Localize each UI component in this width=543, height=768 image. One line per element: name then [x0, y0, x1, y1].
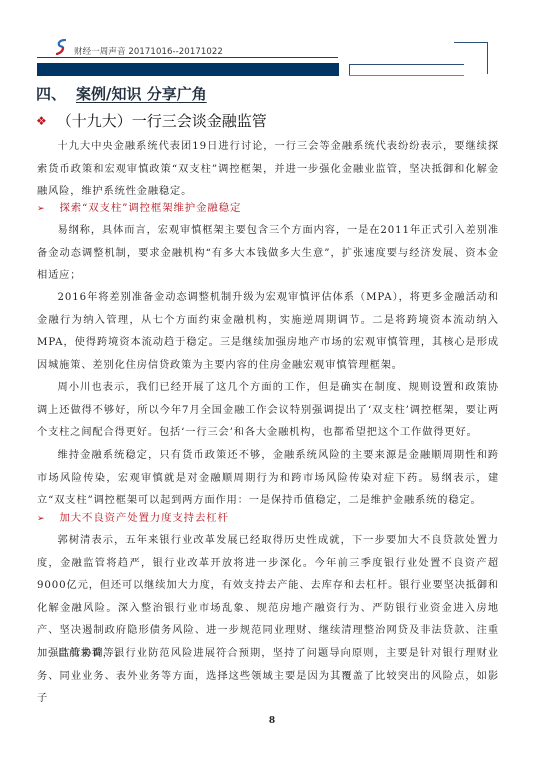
arrow-bullet-icon: ➢ — [37, 514, 45, 524]
header-title: 财经一周声音 20171016--20171022 — [74, 45, 223, 57]
brand-logo-icon — [56, 39, 66, 55]
paragraph-financial-stability: 维持金融系统稳定，只有货币政策还不够，金融系统风险的主要来源是金融顺周期性和跨市… — [37, 445, 499, 513]
paragraph-risk-progress: 目前来看，银行业防范风险进展符合预期，坚持了问题导向原则，主要是针对银行理财业务… — [37, 643, 499, 711]
header-rule — [37, 57, 338, 58]
page-number: 8 — [266, 716, 278, 726]
header-bar — [37, 63, 339, 76]
paragraph-intro: 十九大中央金融系统代表团19日进行讨论，一行三会等金融系统代表纷纷表示，要继续探… — [37, 136, 499, 204]
section-number: 四、 — [36, 85, 66, 103]
header-bracket-top — [454, 42, 487, 43]
header-bracket-vertical — [487, 42, 488, 74]
section-title: 案例/知识 分享广角 — [76, 85, 207, 103]
bullet-heading-text: 加大不良资产处置力度支持去杠杆 — [59, 512, 228, 524]
section-heading: 四、案例/知识 分享广角 — [36, 83, 207, 104]
subsection-heading: ❖（十九大）一行三会谈金融监管 — [36, 110, 267, 131]
paragraph-mpa: 2016年将差别准备金动态调整机制升级为宏观审慎评估体系（MPA），将更多金融活… — [37, 287, 499, 377]
bullet-heading-text: 探索“双支柱”调控框架维护金融稳定 — [59, 202, 241, 214]
subsection-title: （十九大）一行三会谈金融监管 — [57, 112, 267, 130]
header-box-left-edge — [349, 64, 350, 75]
paragraph-yi-gang: 易纲称，具体而言，宏观审慎框架主要包含三个方面内容，一是在2011年正式引入差别… — [37, 220, 499, 288]
header-box-top-edge — [349, 64, 464, 65]
paragraph-zhou-xiaochuan: 周小川也表示，我们已经开展了这几个方面的工作，但是确实在制度、规则设置和政策协调… — [37, 377, 499, 445]
header-box-bottom-edge — [349, 75, 464, 76]
arrow-bullet-icon: ➢ — [37, 204, 45, 214]
bullet-heading-npl: ➢加大不良资产处置力度支持去杠杆 — [37, 509, 229, 524]
diamond-flower-bullet-icon: ❖ — [36, 114, 47, 128]
bullet-heading-dual-pillar: ➢探索“双支柱”调控框架维护金融稳定 — [37, 199, 241, 214]
